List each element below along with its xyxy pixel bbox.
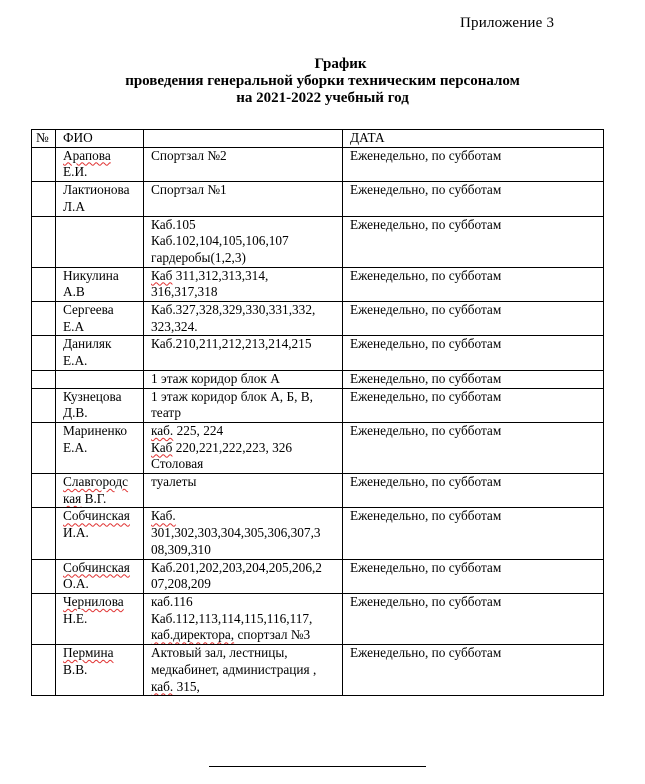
cell-date: Еженедельно, по субботам xyxy=(343,216,604,267)
cell-fio: ДанилякЕ.А. xyxy=(56,336,144,370)
place-line: 07,208,209 xyxy=(151,576,342,593)
cell-place: Актовый зал, лестницы,медкабинет, админи… xyxy=(144,645,343,696)
place-line: каб.директора, спортзал №3 xyxy=(151,627,342,644)
place-line: Каб.102,104,105,106,107 xyxy=(151,233,342,250)
table-row: СобчинскаяИ.А.Каб.301,302,303,304,305,30… xyxy=(32,508,604,559)
cell-date: Еженедельно, по субботам xyxy=(343,182,604,216)
cell-place: 1 этаж коридор блок А, Б, В,театр xyxy=(144,388,343,422)
fio-line: Никулина xyxy=(63,268,143,285)
cell-fio: ПерминаВ.В. xyxy=(56,645,144,696)
place-line: Каб.105 xyxy=(151,217,342,234)
table-row: ЧерниловаН.Е.каб.116Каб.112,113,114,115,… xyxy=(32,593,604,644)
table-row: Славгородская В.Г.туалетыЕженедельно, по… xyxy=(32,474,604,508)
title-line-3: на 2021-2022 учебный год xyxy=(0,90,645,107)
place-line: Спортзал №2 xyxy=(151,148,342,165)
cell-num xyxy=(32,474,56,508)
fio-line: Чернилова xyxy=(63,594,143,611)
fio-line: Славгородс xyxy=(63,474,143,491)
cell-date: Еженедельно, по субботам xyxy=(343,388,604,422)
place-line: Каб.210,211,212,213,214,215 xyxy=(151,336,342,353)
fio-line: Сергеева xyxy=(63,302,143,319)
table-row: СергееваЕ.АКаб.327,328,329,330,331,332,3… xyxy=(32,302,604,336)
place-line: Актовый зал, лестницы, xyxy=(151,645,342,662)
cell-date: Еженедельно, по субботам xyxy=(343,336,604,370)
cell-date: Еженедельно, по субботам xyxy=(343,302,604,336)
cell-num xyxy=(32,147,56,181)
fio-line: В.В. xyxy=(63,662,143,679)
table-row: ПерминаВ.В.Актовый зал, лестницы,медкаби… xyxy=(32,645,604,696)
fio-line: О.А. xyxy=(63,576,143,593)
place-line: Каб 311,312,313,314, xyxy=(151,268,342,285)
table-row: ЛактионоваЛ.АСпортзал №1Еженедельно, по … xyxy=(32,182,604,216)
cell-num xyxy=(32,388,56,422)
cell-date: Еженедельно, по субботам xyxy=(343,147,604,181)
cell-place: каб.116Каб.112,113,114,115,116,117,каб.д… xyxy=(144,593,343,644)
cell-num xyxy=(32,645,56,696)
cell-num xyxy=(32,370,56,388)
place-line: Каб.112,113,114,115,116,117, xyxy=(151,611,342,628)
place-line: Каб 220,221,222,223, 326 xyxy=(151,440,342,457)
cell-place: Каб.301,302,303,304,305,306,307,308,309,… xyxy=(144,508,343,559)
cell-fio: Славгородская В.Г. xyxy=(56,474,144,508)
cell-place: Каб.105Каб.102,104,105,106,107гардеробы(… xyxy=(144,216,343,267)
fio-line: Д.В. xyxy=(63,405,143,422)
cell-num xyxy=(32,182,56,216)
cell-fio: СобчинскаяИ.А. xyxy=(56,508,144,559)
place-line: туалеты xyxy=(151,474,342,491)
place-line: каб.116 xyxy=(151,594,342,611)
fio-line: Е.А. xyxy=(63,353,143,370)
cell-date: Еженедельно, по субботам xyxy=(343,370,604,388)
table-row: КузнецоваД.В.1 этаж коридор блок А, Б, В… xyxy=(32,388,604,422)
fio-line: Арапова xyxy=(63,148,143,165)
cell-fio: КузнецоваД.В. xyxy=(56,388,144,422)
place-line: Каб.327,328,329,330,331,332, xyxy=(151,302,342,319)
fio-line: Даниляк xyxy=(63,336,143,353)
cell-place: Каб.210,211,212,213,214,215 xyxy=(144,336,343,370)
fio-line: И.А. xyxy=(63,525,143,542)
place-line: Столовая xyxy=(151,456,342,473)
place-line: 1 этаж коридор блок А xyxy=(151,371,342,388)
table-row: 1 этаж коридор блок АЕженедельно, по суб… xyxy=(32,370,604,388)
cell-place: Каб.327,328,329,330,331,332,323,324. xyxy=(144,302,343,336)
document-title: График проведения генеральной уборки тех… xyxy=(0,56,645,107)
title-line-1: График xyxy=(36,56,645,73)
place-line: каб. 315, xyxy=(151,679,342,696)
fio-line: Мариненко xyxy=(63,423,143,440)
cell-num xyxy=(32,508,56,559)
appendix-label: Приложение 3 xyxy=(460,14,554,32)
cell-date: Еженедельно, по субботам xyxy=(343,422,604,473)
header-date: ДАТА xyxy=(343,130,604,148)
cell-date: Еженедельно, по субботам xyxy=(343,267,604,301)
cell-num xyxy=(32,267,56,301)
cell-place: 1 этаж коридор блок А xyxy=(144,370,343,388)
cell-num xyxy=(32,216,56,267)
place-line: 301,302,303,304,305,306,307,3 xyxy=(151,525,342,542)
cell-date: Еженедельно, по субботам xyxy=(343,508,604,559)
fio-line: Е.И. xyxy=(63,164,143,181)
cell-place: Спортзал №1 xyxy=(144,182,343,216)
place-line: Каб. xyxy=(151,508,342,525)
cell-place: Спортзал №2 xyxy=(144,147,343,181)
place-line: 316,317,318 xyxy=(151,284,342,301)
cell-fio: СергееваЕ.А xyxy=(56,302,144,336)
fio-line: Кузнецова xyxy=(63,389,143,406)
cell-num xyxy=(32,422,56,473)
fio-line: Собчинская xyxy=(63,560,143,577)
cell-fio: АраповаЕ.И. xyxy=(56,147,144,181)
fio-line: Н.Е. xyxy=(63,611,143,628)
cell-date: Еженедельно, по субботам xyxy=(343,559,604,593)
place-line: каб. 225, 224 xyxy=(151,423,342,440)
fio-line: А.В xyxy=(63,284,143,301)
place-line: 1 этаж коридор блок А, Б, В, xyxy=(151,389,342,406)
cell-fio: ЧерниловаН.Е. xyxy=(56,593,144,644)
cell-place: Каб.201,202,203,204,205,206,207,208,209 xyxy=(144,559,343,593)
cell-place: каб. 225, 224Каб 220,221,222,223, 326Сто… xyxy=(144,422,343,473)
place-line: Каб.201,202,203,204,205,206,2 xyxy=(151,560,342,577)
place-line: Спортзал №1 xyxy=(151,182,342,199)
fio-line: Л.А xyxy=(63,199,143,216)
place-line: медкабинет, администрация , xyxy=(151,662,342,679)
table-row: СобчинскаяО.А.Каб.201,202,203,204,205,20… xyxy=(32,559,604,593)
place-line: 323,324. xyxy=(151,319,342,336)
fio-line: Е.А xyxy=(63,319,143,336)
cell-num xyxy=(32,593,56,644)
cell-fio: ЛактионоваЛ.А xyxy=(56,182,144,216)
place-line: гардеробы(1,2,3) xyxy=(151,250,342,267)
signature-line xyxy=(209,766,426,767)
fio-line: Лактионова xyxy=(63,182,143,199)
table-row: Каб.105Каб.102,104,105,106,107гардеробы(… xyxy=(32,216,604,267)
cell-place: Каб 311,312,313,314,316,317,318 xyxy=(144,267,343,301)
cell-num xyxy=(32,559,56,593)
cell-fio xyxy=(56,216,144,267)
cell-fio: МариненкоЕ.А. xyxy=(56,422,144,473)
fio-line: Собчинская xyxy=(63,508,143,525)
place-line: театр xyxy=(151,405,342,422)
table-header-row: № ФИО ДАТА xyxy=(32,130,604,148)
cleaning-schedule-table: № ФИО ДАТА АраповаЕ.И.Спортзал №2Еженеде… xyxy=(31,129,604,696)
fio-line: кая В.Г. xyxy=(63,491,143,508)
cell-date: Еженедельно, по субботам xyxy=(343,474,604,508)
fio-line: Пермина xyxy=(63,645,143,662)
cell-fio xyxy=(56,370,144,388)
header-fio: ФИО xyxy=(56,130,144,148)
cell-date: Еженедельно, по субботам xyxy=(343,645,604,696)
cell-num xyxy=(32,336,56,370)
table-row: НикулинаА.ВКаб 311,312,313,314,316,317,3… xyxy=(32,267,604,301)
cell-date: Еженедельно, по субботам xyxy=(343,593,604,644)
cell-fio: НикулинаА.В xyxy=(56,267,144,301)
table-row: ДанилякЕ.А.Каб.210,211,212,213,214,215Еж… xyxy=(32,336,604,370)
header-num: № xyxy=(32,130,56,148)
place-line: 08,309,310 xyxy=(151,542,342,559)
title-line-2: проведения генеральной уборки технически… xyxy=(0,73,645,90)
cell-num xyxy=(32,302,56,336)
table-row: МариненкоЕ.А.каб. 225, 224Каб 220,221,22… xyxy=(32,422,604,473)
fio-line: Е.А. xyxy=(63,440,143,457)
cell-fio: СобчинскаяО.А. xyxy=(56,559,144,593)
header-place xyxy=(144,130,343,148)
table-row: АраповаЕ.И.Спортзал №2Еженедельно, по су… xyxy=(32,147,604,181)
cell-place: туалеты xyxy=(144,474,343,508)
